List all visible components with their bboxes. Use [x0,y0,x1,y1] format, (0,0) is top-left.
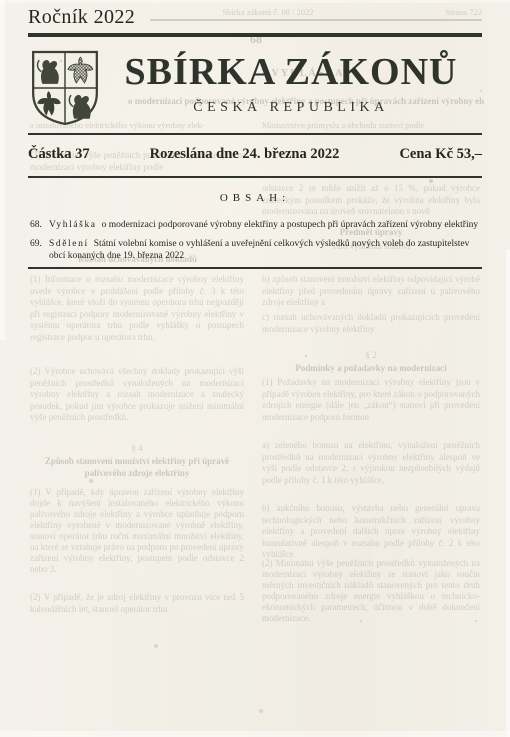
bleedthrough-text: (2) V případě, že je zdroj elektřiny v p… [30,592,244,615]
issue-info-row: Částka 37 Rozeslána dne 24. března 2022 … [28,146,482,163]
bleedthrough-text: § 4 [30,443,244,455]
scan-edge-artifact [0,731,510,737]
scan-edge-artifact [506,250,510,737]
bleedthrough-text: b) způsob stanovení množství elektřiny o… [262,274,480,309]
toc-item-type: Vyhláška [49,220,97,230]
masthead-top-rule [28,33,482,37]
publication-subtitle: ČESKÁ REPUBLIKA [100,100,482,116]
masthead: SBÍRKA ZÁKONŮ ČESKÁ REPUBLIKA [100,50,482,116]
bleedthrough-text: a) zeleného bonusu na elektřinu, vynalož… [262,440,480,486]
scan-speck-artifacts [60,60,62,62]
bleedthrough-text: c) rozsah uchovávaných dokladů prokazují… [262,312,480,335]
bleedthrough-text: § 2 [262,350,480,362]
contents-heading: OBSAH: [28,192,482,204]
toc-item: 69. SděleníStátní volební komise o vyhlá… [30,238,482,263]
bleedthrough-text: Strana 722 [408,7,482,19]
czech-coat-of-arms-icon [30,50,100,126]
bleedthrough-text: Způsob stanovení množství elektřiny při … [42,456,232,479]
scan-edge-artifact [0,0,5,340]
bleedthrough-text: (1) Požadavky na modernizaci výrobny ele… [262,377,480,423]
toc-item-description: o modernizaci podporované výrobny elektř… [102,220,478,230]
divider-rule [28,176,482,178]
toc-item-text: SděleníStátní volební komise o vyhlášení… [49,238,482,263]
bleedthrough-text: Sbírka zákonů č. 68 / 2022 [193,7,343,19]
price: Cena Kč 53,– [399,146,482,163]
bleedthrough-text: (1) V případě, kdy úpravou zařízení výro… [30,487,244,575]
bleedthrough-text: (2) Výrobce uchovává všechny doklady pro… [30,366,244,424]
contents-bottom-rule [28,267,482,269]
publication-title: SBÍRKA ZÁKONŮ [100,50,482,94]
bleedthrough-text: b) aukčního bonusu, výstavba nebo generá… [262,503,480,561]
volume-label: Ročník 2022 [28,6,135,29]
toc-item-number: 68. [30,219,45,232]
bleedthrough-text: Ministerstvo průmyslu a obchodu stanoví … [262,120,480,132]
toc-item-description: Státní volební komise o vyhlášení a uveř… [49,239,469,262]
toc-item: 68. Vyhláškao modernizaci podporované vý… [30,219,482,232]
scan-edge-artifact [0,0,510,3]
distribution-date: Rozeslána dne 24. března 2022 [90,146,400,163]
toc-item-text: Vyhláškao modernizaci podporované výrobn… [49,219,478,232]
scanned-page: Sbírka zákonů č. 68 / 2022 Strana 722 68… [0,0,510,737]
issue-number: Částka 37 [28,146,90,163]
bleedthrough-text: Podmínky a požadavky na modernizaci [262,363,480,375]
bleedthrough-rule [150,19,482,21]
toc-item-type: Sdělení [49,239,89,249]
divider-rule [28,133,482,135]
bleedthrough-text: (1) Informace o rozsahu modernizace výro… [30,274,244,343]
toc-item-number: 69. [30,238,45,263]
table-of-contents: 68. Vyhláškao modernizaci podporované vý… [30,219,482,269]
bleedthrough-text: (2) Minimální výše peněžních prostředků … [262,558,480,624]
